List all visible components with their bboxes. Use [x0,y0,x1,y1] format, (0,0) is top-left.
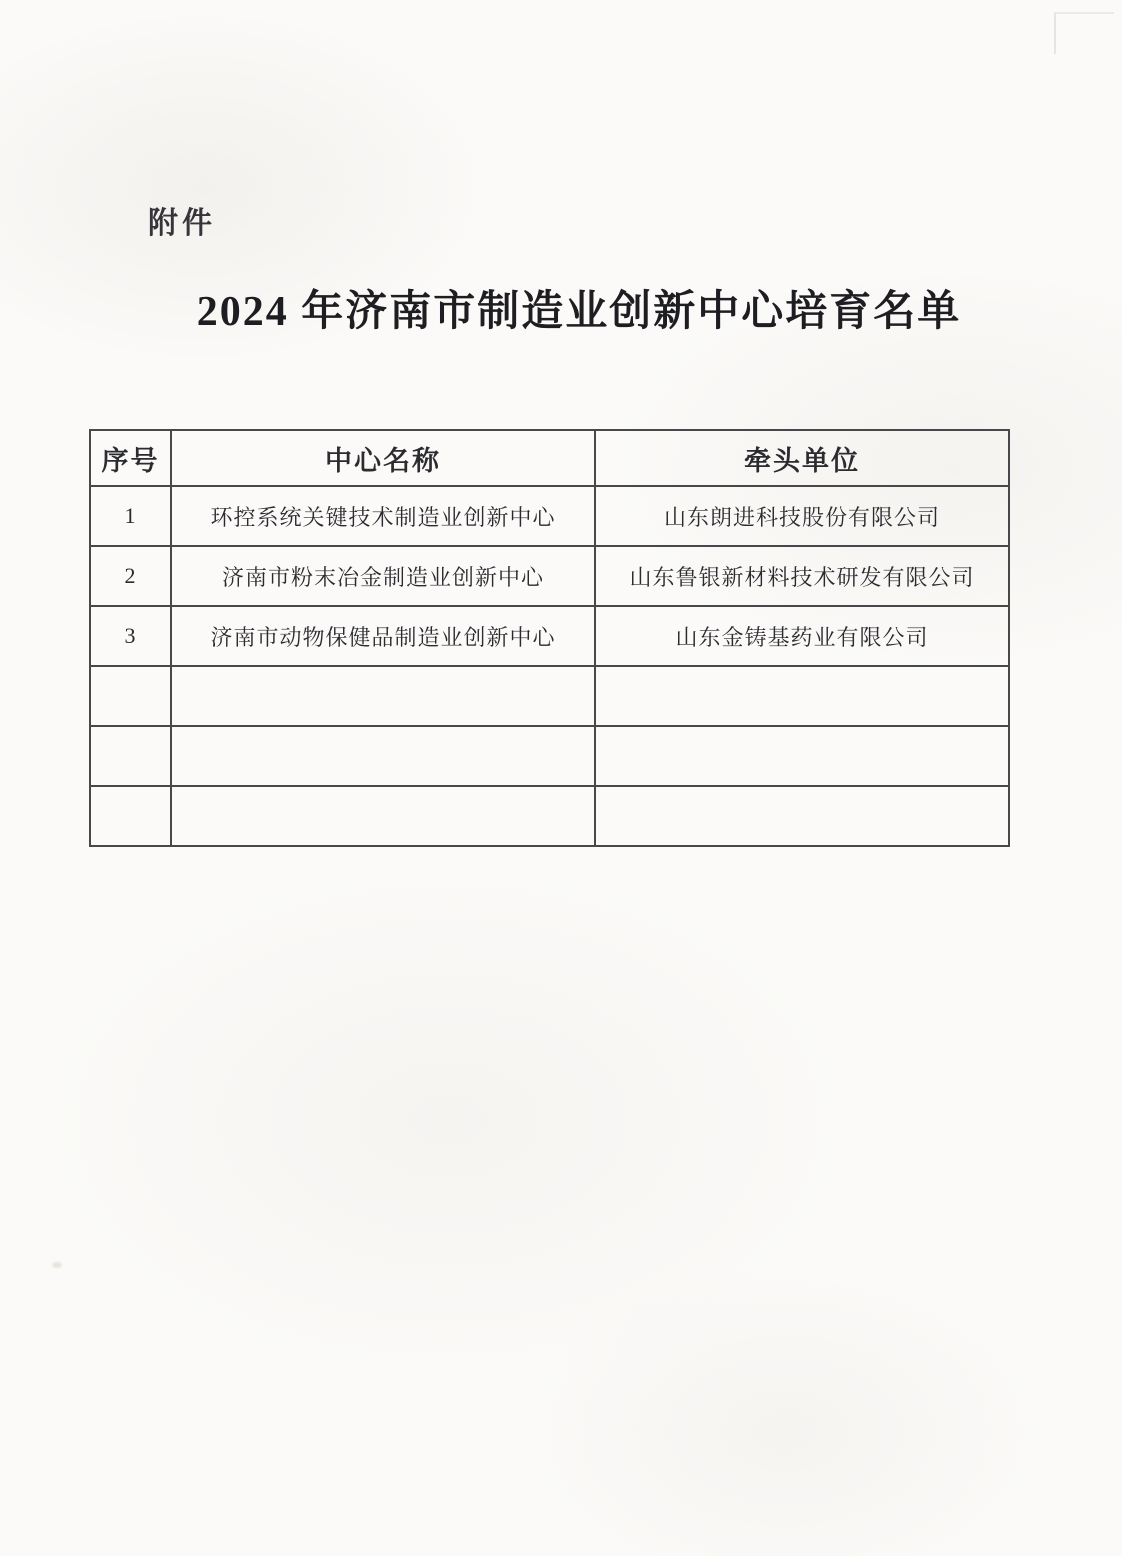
table-row: 3 济南市动物保健品制造业创新中心 山东金铸基药业有限公司 [90,606,1009,666]
scan-smudge-artifact [52,1262,62,1268]
cell-lead-unit: 山东鲁银新材料技术研发有限公司 [595,546,1009,606]
cell-center-name [171,726,595,786]
cell-center-name: 济南市粉末冶金制造业创新中心 [171,546,595,606]
table-header-row: 序号 中心名称 牵头单位 [90,430,1009,486]
header-cell-no: 序号 [90,430,171,486]
cell-center-name: 环控系统关键技术制造业创新中心 [171,486,595,546]
cell-no: 3 [90,606,171,666]
table-row-empty [90,786,1009,846]
cell-no: 1 [90,486,171,546]
table-row-empty [90,726,1009,786]
cell-lead-unit: 山东金铸基药业有限公司 [595,606,1009,666]
cell-no [90,726,171,786]
cell-no [90,786,171,846]
table-row: 1 环控系统关键技术制造业创新中心 山东朗进科技股份有限公司 [90,486,1009,546]
page-title: 2024 年济南市制造业创新中心培育名单 [18,278,1122,338]
cell-no: 2 [90,546,171,606]
attachment-label: 附件 [148,198,216,242]
scanned-document-page: 附件 2024 年济南市制造业创新中心培育名单 序号 中心名称 牵头单位 1 环… [0,0,1122,1556]
cell-lead-unit [595,666,1009,726]
header-cell-center-name: 中心名称 [171,430,595,486]
cell-no [90,666,171,726]
cell-lead-unit [595,786,1009,846]
cell-center-name [171,666,595,726]
cell-center-name [171,786,595,846]
innovation-centers-table: 序号 中心名称 牵头单位 1 环控系统关键技术制造业创新中心 山东朗进科技股份有… [89,429,1010,847]
scan-edge-artifact [1054,12,1114,54]
table-row: 2 济南市粉末冶金制造业创新中心 山东鲁银新材料技术研发有限公司 [90,546,1009,606]
cell-center-name: 济南市动物保健品制造业创新中心 [171,606,595,666]
header-cell-lead-unit: 牵头单位 [595,430,1009,486]
cell-lead-unit: 山东朗进科技股份有限公司 [595,486,1009,546]
cell-lead-unit [595,726,1009,786]
table-row-empty [90,666,1009,726]
